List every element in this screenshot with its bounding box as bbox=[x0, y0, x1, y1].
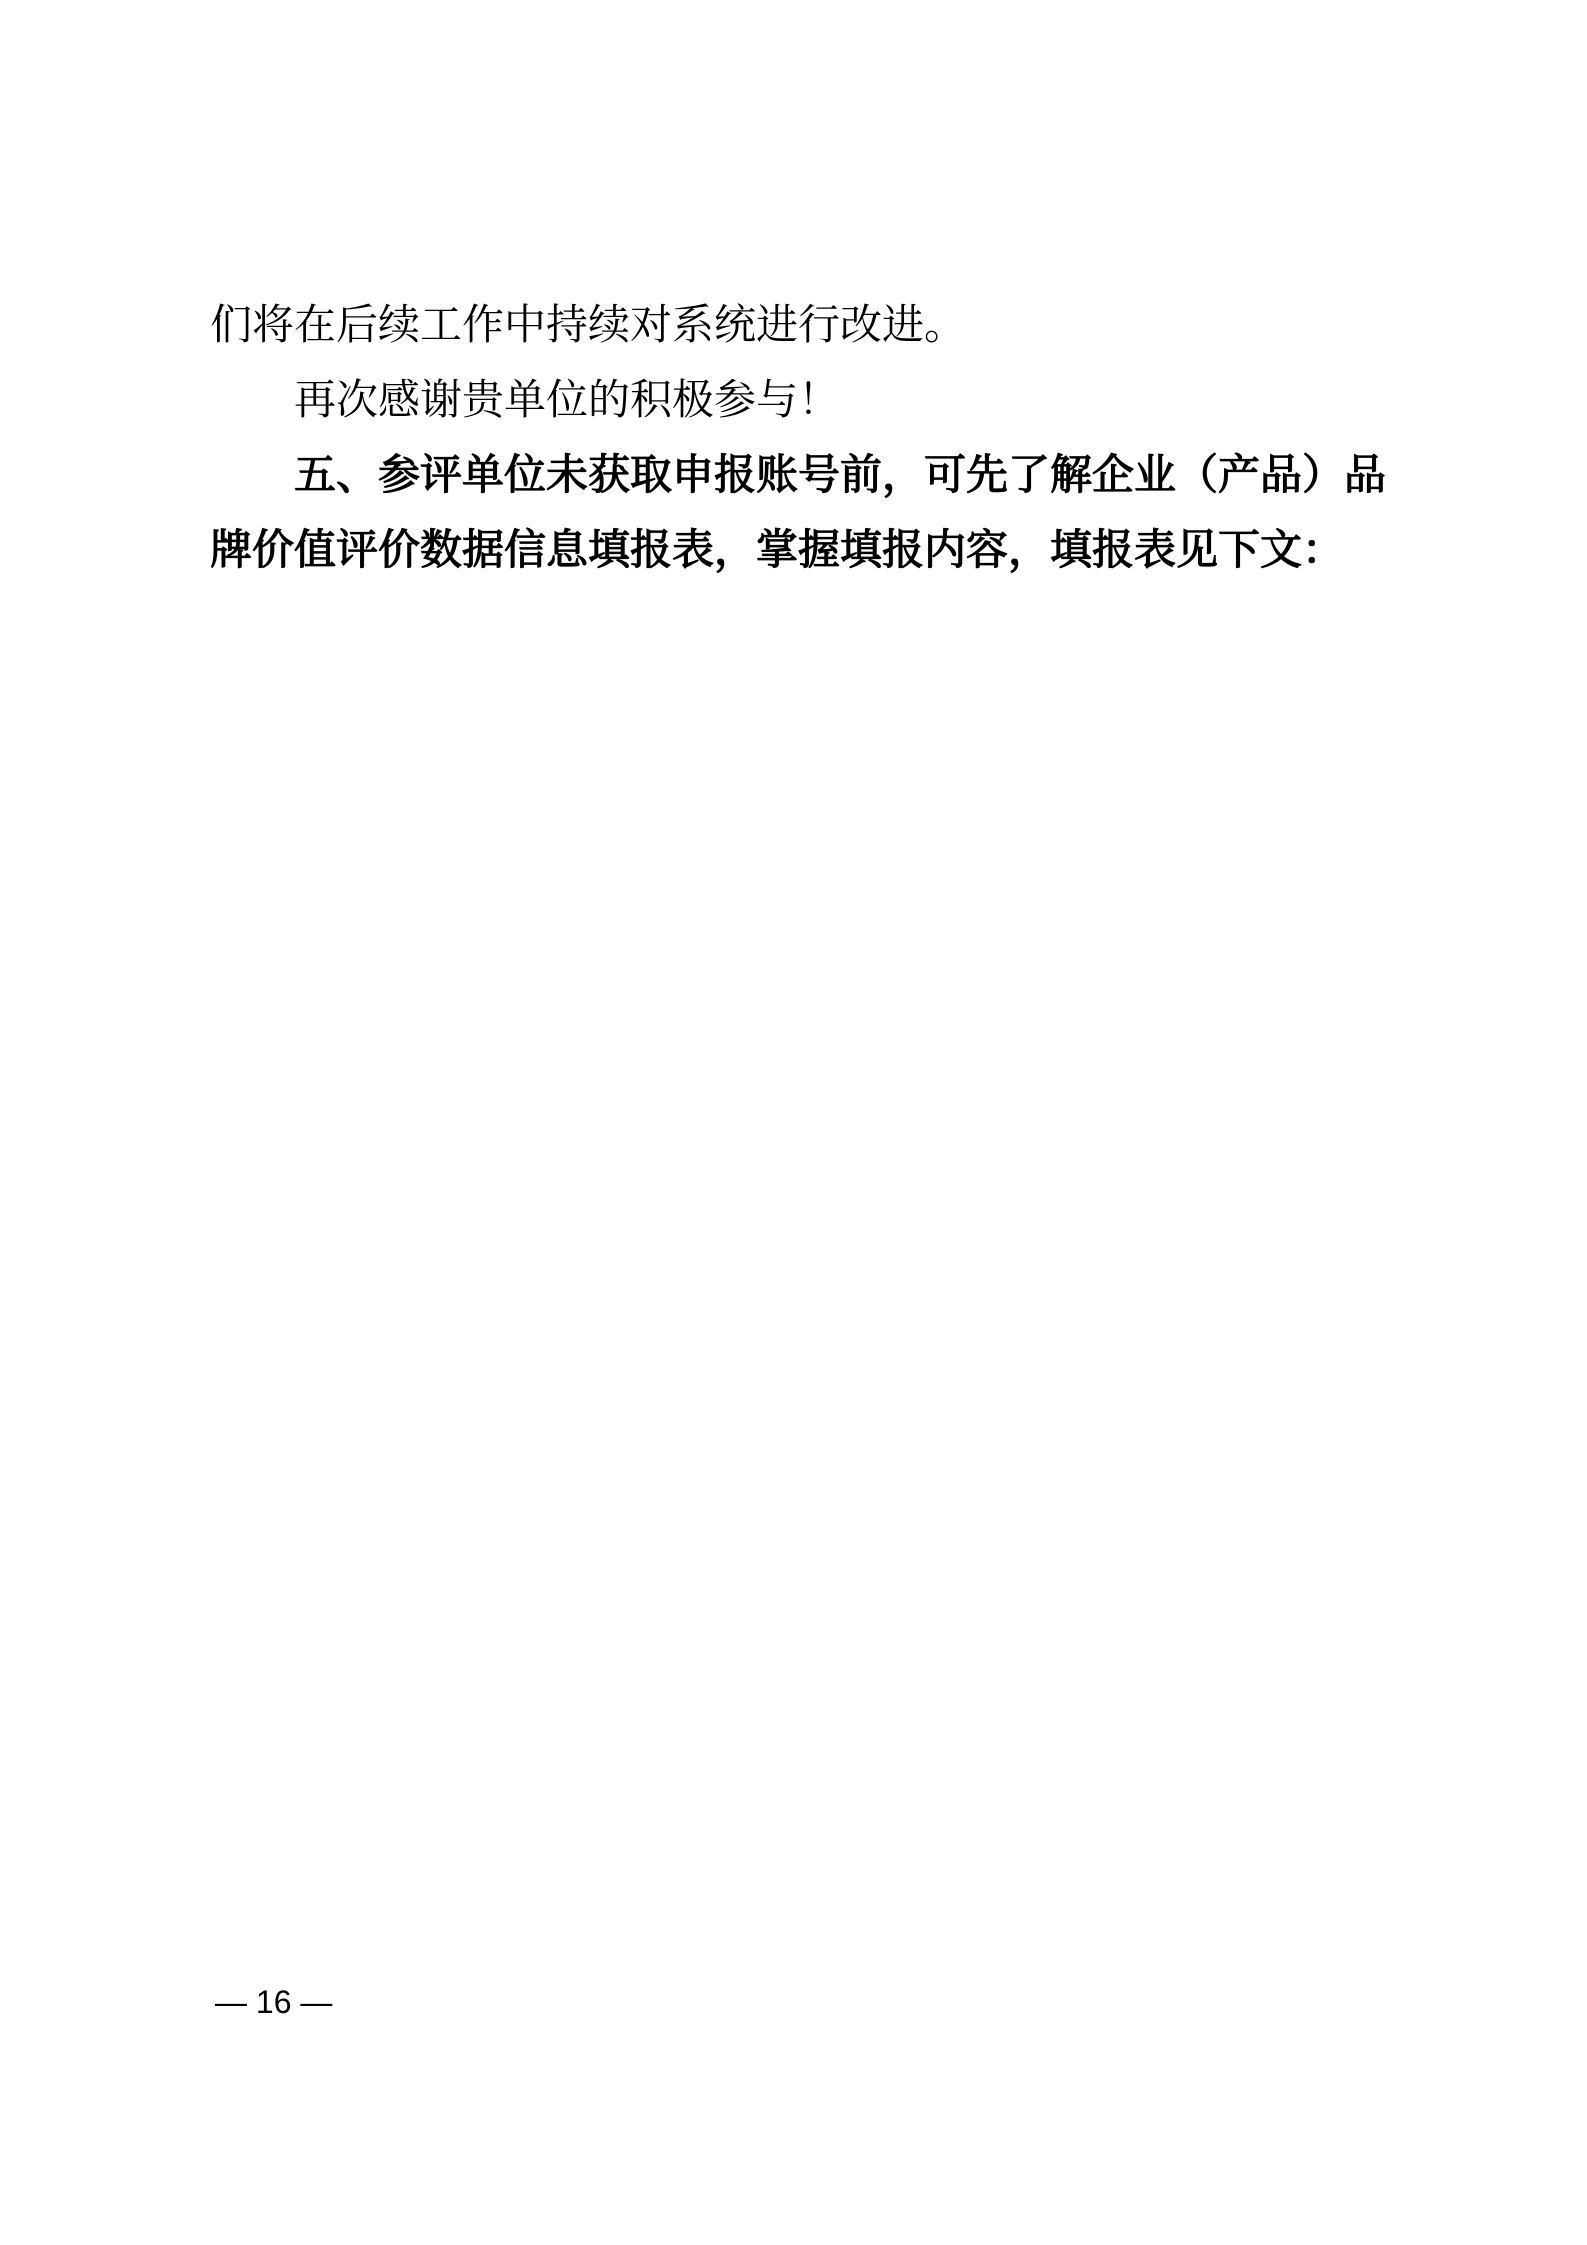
document-page: 们将在后续工作中持续对系统进行改进。 再次感谢贵单位的积极参与！ 五、参评单位未… bbox=[0, 0, 1587, 2245]
page-number: — 16 — bbox=[215, 1985, 332, 2019]
paragraph-section-5-heading: 五、参评单位未获取申报账号前，可先了解企业（产品）品牌价值评价数据信息填报表，掌… bbox=[210, 437, 1386, 587]
paragraph-thanks: 再次感谢贵单位的积极参与！ bbox=[210, 362, 1386, 437]
text-block: 们将在后续工作中持续对系统进行改进。 再次感谢贵单位的积极参与！ 五、参评单位未… bbox=[210, 287, 1386, 587]
paragraph-continuation: 们将在后续工作中持续对系统进行改进。 bbox=[210, 287, 1386, 362]
